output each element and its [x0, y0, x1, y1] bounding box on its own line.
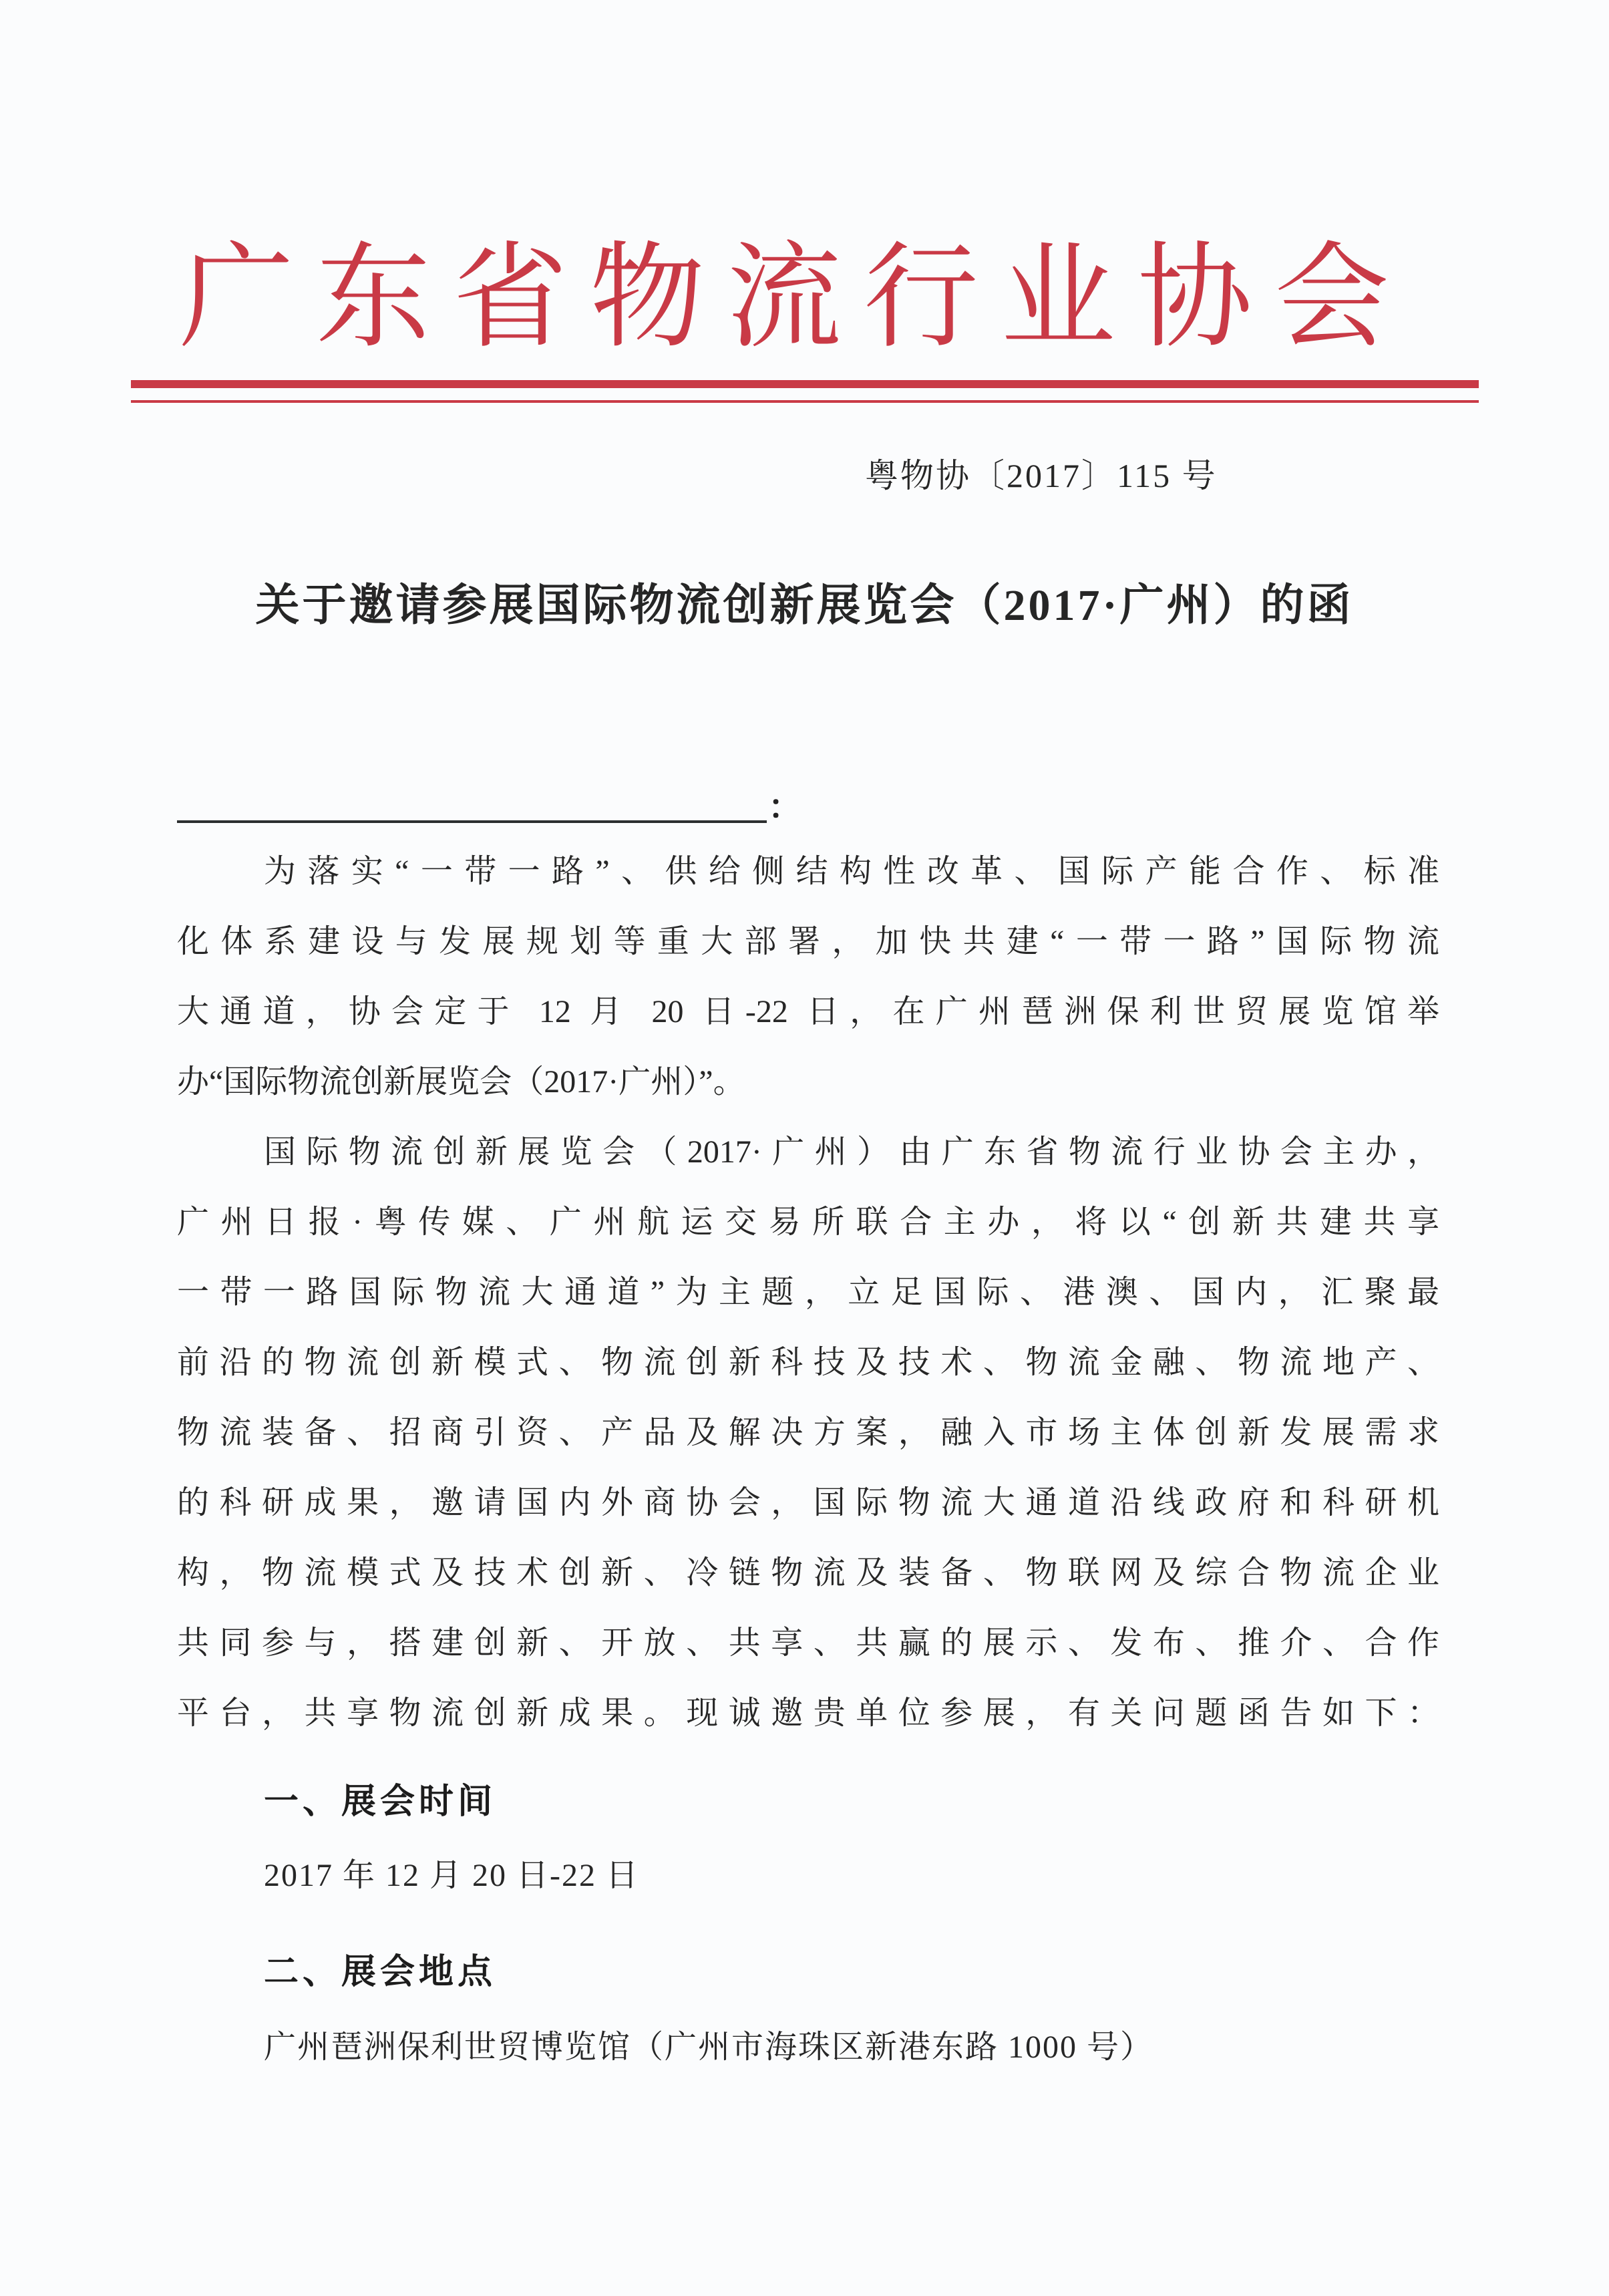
section-content-exhibition-venue: 广州琶洲保利世贸博览馆（广州市海珠区新港东路 1000 号）: [264, 2012, 1153, 2082]
body-line: 物流装备、招商引资、产品及解决方案，融入市场主体创新发展需求: [177, 1398, 1439, 1468]
section-heading-exhibition-venue: 二、展会地点: [264, 1937, 496, 2007]
letterhead-double-rule: [131, 380, 1479, 403]
body-line: 国际物流创新展览会（2017·广州）由广东省物流行业协会主办，: [177, 1117, 1439, 1187]
addressee-blank-line: [177, 820, 767, 823]
body-line: 共同参与，搭建创新、开放、共享、共赢的展示、发布、推介、合作: [177, 1608, 1439, 1678]
body-line: 平台，共享物流创新成果。现诚邀贵单位参展，有关问题函告如下：: [177, 1678, 1439, 1748]
body-line: 为落实“一带一路”、供给侧结构性改革、国际产能合作、标准: [177, 836, 1439, 907]
body-line: 的科研成果，邀请国内外商协会，国际物流大通道沿线政府和科研机: [177, 1468, 1439, 1538]
document-title: 关于邀请参展国际物流创新展览会（2017·广州）的函: [0, 569, 1609, 633]
body-line: 办“国际物流创新展览会（2017·广州）”。: [177, 1047, 1439, 1117]
document-number: 粤物协〔2017〕115 号: [865, 449, 1218, 497]
body-line: 前沿的物流创新模式、物流创新科技及技术、物流金融、物流地产、: [177, 1327, 1439, 1398]
body-line: 大通道，协会定于 12 月 20 日-22 日，在广州琶洲保利世贸展览馆举: [177, 977, 1439, 1047]
body-line: 广州日报·粤传媒、广州航运交易所联合主办，将以“创新共建共享: [177, 1187, 1439, 1257]
body-line: 化体系建设与发展规划等重大部署，加快共建“一带一路”国际物流: [177, 907, 1439, 977]
addressee-colon: ：: [768, 780, 801, 828]
scanned-letter-page: 广东省物流行业协会 粤物协〔2017〕115 号 关于邀请参展国际物流创新展览会…: [0, 0, 1609, 2296]
section-content-exhibition-time: 2017 年 12 月 20 日-22 日: [264, 1840, 639, 1911]
body-line: 一带一路国际物流大通道”为主题，立足国际、港澳、国内，汇聚最: [177, 1257, 1439, 1327]
section-heading-exhibition-time: 一、展会时间: [264, 1767, 496, 1837]
letterhead-org-name: 广东省物流行业协会: [179, 235, 1411, 362]
letter-body: 为落实“一带一路”、供给侧结构性改革、国际产能合作、标准 化体系建设与发展规划等…: [177, 836, 1439, 1748]
body-line: 构，物流模式及技术创新、冷链物流及装备、物联网及综合物流企业: [177, 1538, 1439, 1608]
